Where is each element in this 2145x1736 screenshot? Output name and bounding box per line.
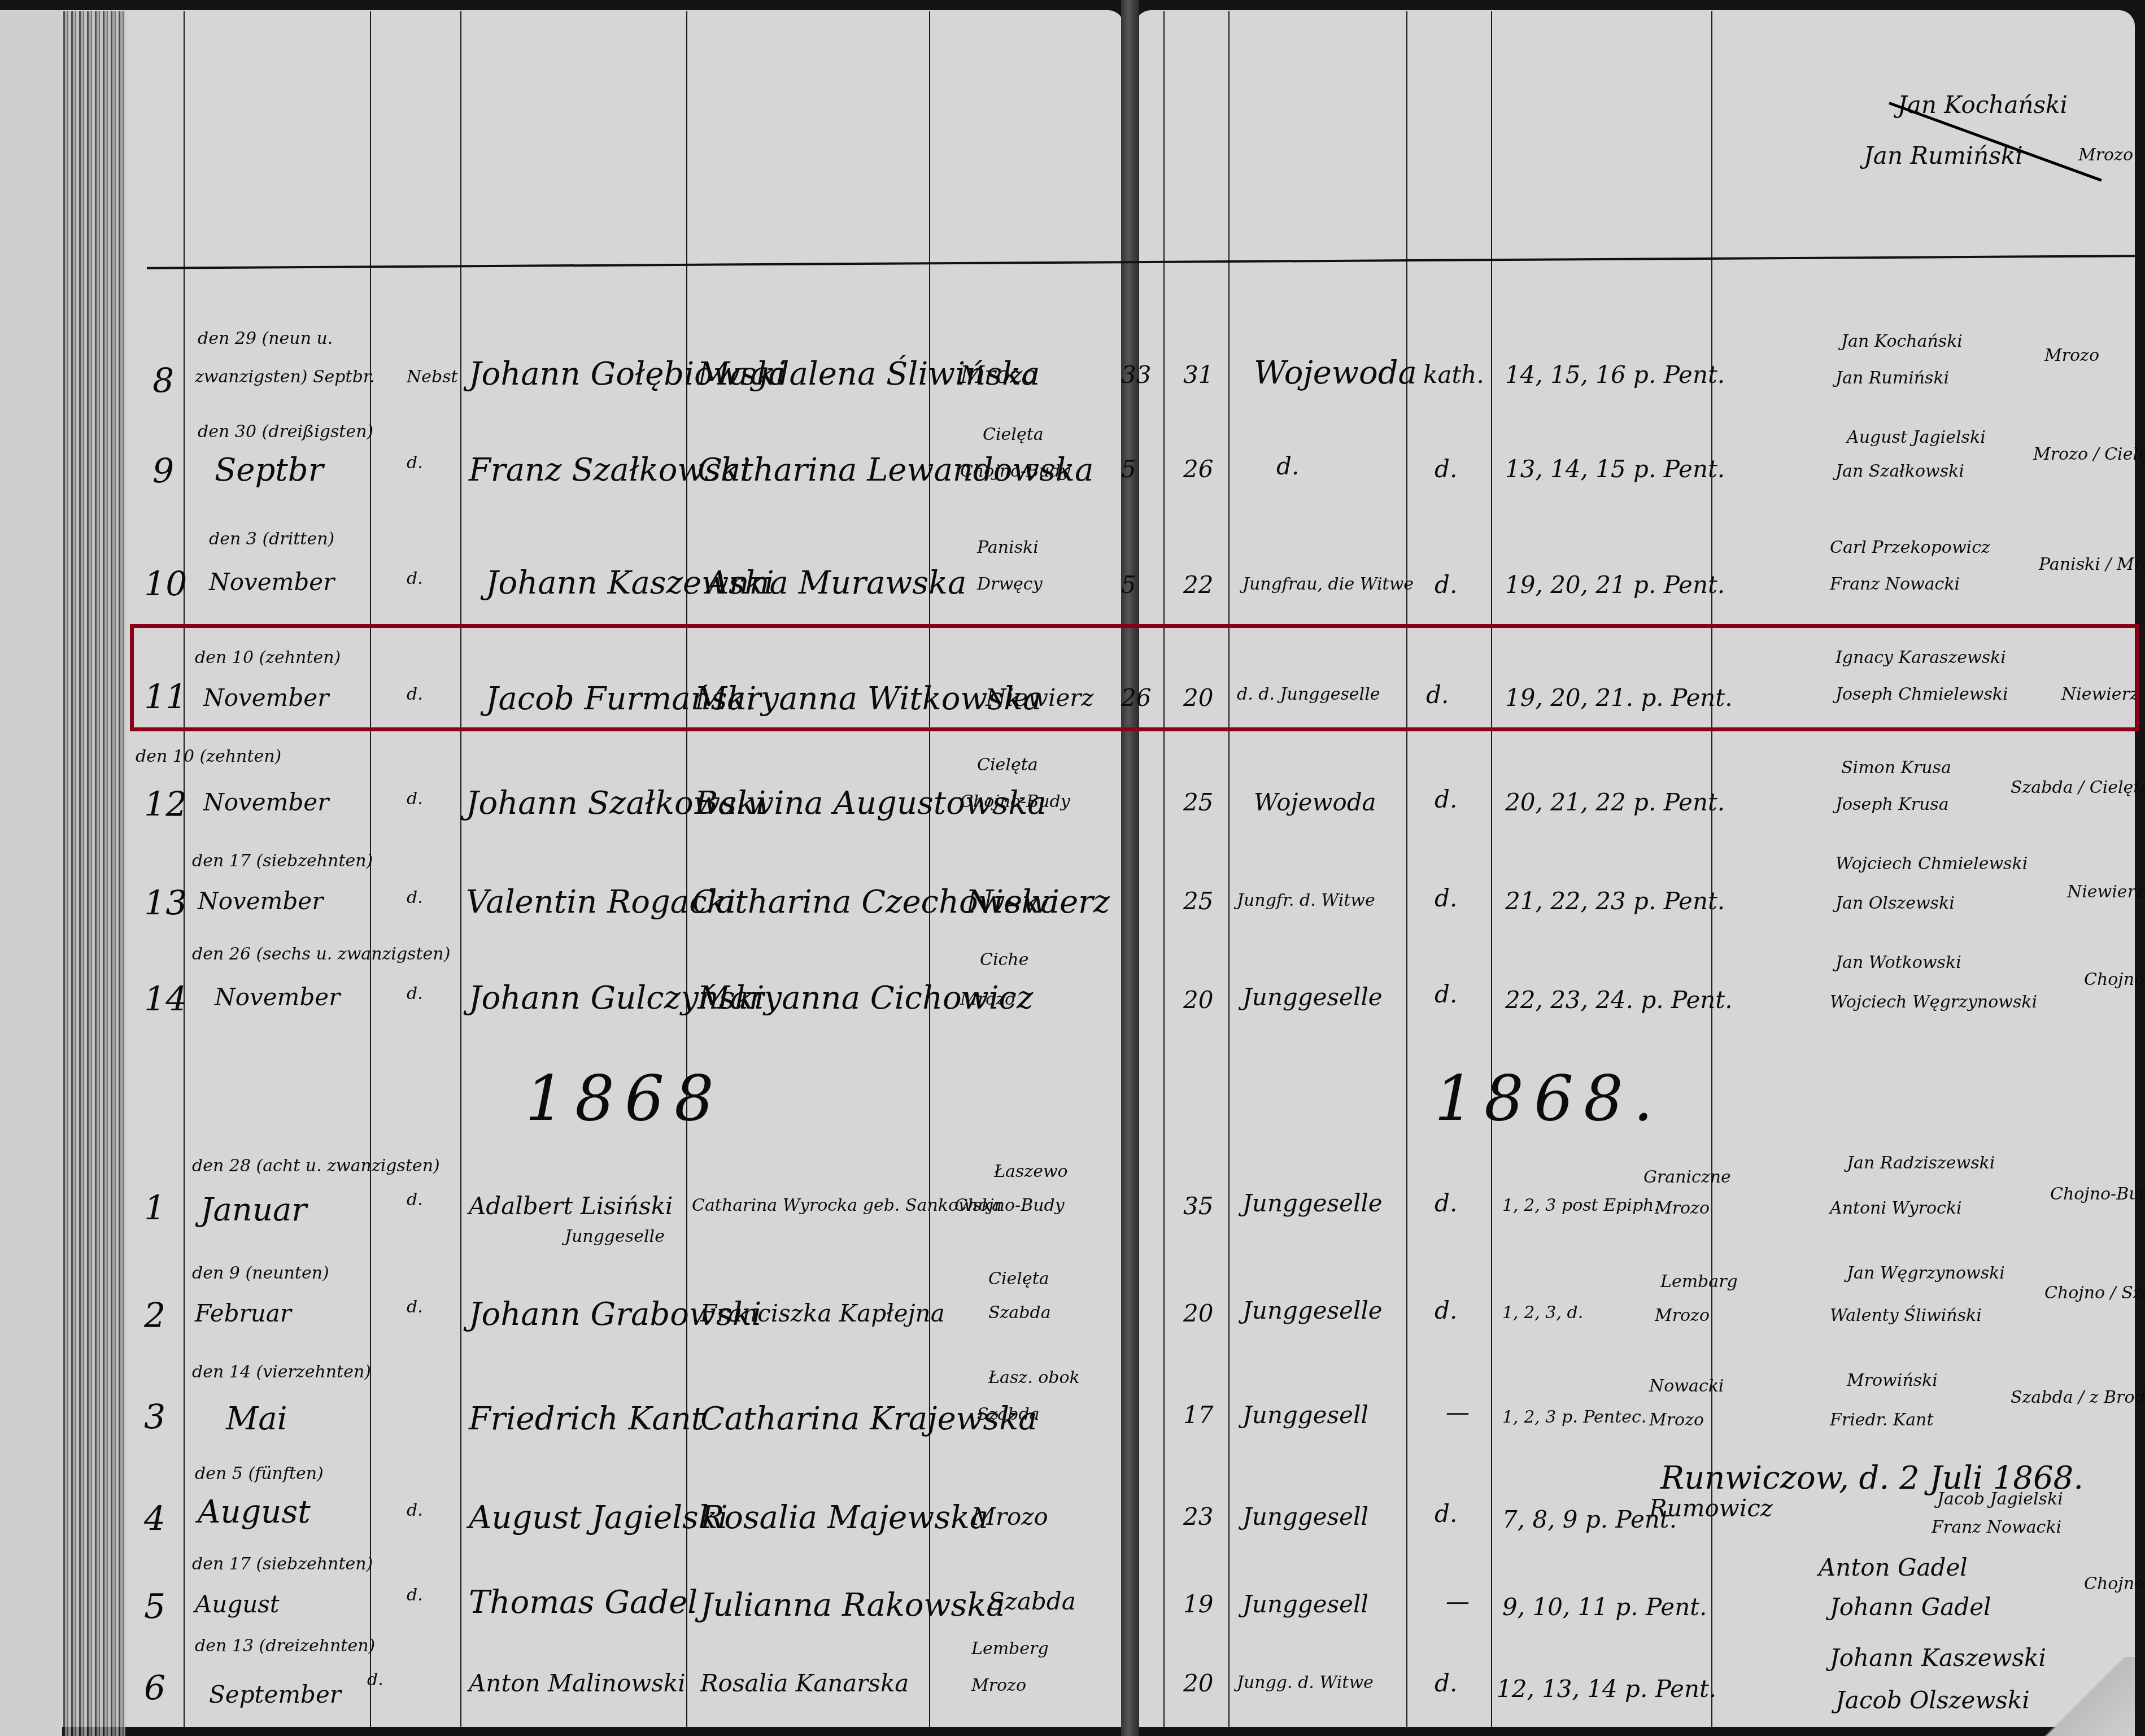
entry-date-line2: November (198, 889, 323, 913)
confession: d. (1435, 573, 1457, 597)
residence: Chojno-Budy (960, 793, 1070, 810)
residence: Chojno-Budy (960, 463, 1070, 480)
banns-place-top: Nowacki (1649, 1378, 1724, 1395)
banns-dates: 22, 23, 24. p. Pent. (1505, 988, 1733, 1012)
confession: d. (1435, 788, 1457, 812)
banns-dates: 1, 2, 3 post Epiph. (1502, 1197, 1659, 1214)
residence-top: Lemberg (971, 1641, 1049, 1658)
entry-date-line1: den 28 (acht u. zwanzigsten) (192, 1158, 440, 1175)
bride-age: 19 (1183, 1593, 1213, 1616)
witness-1: Jan Węgrzynowski (1847, 1265, 2005, 1282)
banns-dates: 1, 2, 3, d. (1502, 1305, 1583, 1321)
year-heading-right: 1868. (1435, 1067, 1663, 1129)
groom-age: 33 (1121, 363, 1151, 387)
entry-date-line1: den 17 (siebzehnten) (192, 853, 373, 870)
witness-place: Mrozo (2044, 347, 2099, 364)
confession: — (1446, 1401, 1470, 1424)
witness-place: Chojno (2084, 1576, 2144, 1593)
witness-2: Friedr. Kant (1830, 1412, 1934, 1429)
groom-name: August Jagielski (469, 1502, 728, 1534)
bride-name: Rosalia Majewska (700, 1502, 988, 1534)
witness-1: Carl Przekopowicz (1830, 539, 1990, 556)
marital-status: Jungfrau, die Witwe (1242, 576, 1414, 593)
groom-age: 5 (1121, 573, 1136, 597)
entry-number: 2 (144, 1299, 165, 1333)
witness-2: Jan Olszewski (1836, 895, 1955, 912)
entry-date-line1: den 13 (dreizehnten) (195, 1638, 375, 1655)
banns-place: Mrozo (1655, 1200, 1710, 1217)
column-rule (1228, 11, 1230, 1728)
groom-name: Friedrich Kant (469, 1403, 704, 1435)
entry-date-line1: den 30 (dreißigsten) (198, 424, 373, 440)
banns-dates: 13, 14, 15 p. Pent. (1505, 457, 1725, 481)
witness-2: Jacob Olszewski (1836, 1689, 2030, 1712)
witness-place: Niewierz (2061, 686, 2139, 703)
banns-dates: 19, 20, 21. p. Pent. (1505, 686, 1733, 710)
confession: d. (1426, 683, 1449, 707)
witness-1: Wojciech Chmielewski (1836, 856, 2028, 873)
banns-place: Mrozo (1649, 1412, 1704, 1429)
banns-dates: 12, 13, 14 p. Pent. (1497, 1677, 1716, 1701)
witness-2: Wojciech Węgrzynowski (1830, 994, 2037, 1011)
entry-date-line2: November (215, 985, 340, 1009)
witness-1: Simon Krusa (1841, 760, 1951, 777)
banns-dates: 14, 15, 16 p. Pent. (1505, 363, 1725, 387)
bride-age: 23 (1183, 1505, 1213, 1529)
entry-date-line2: Januar (200, 1194, 307, 1226)
entry-day-note: d. (407, 791, 423, 808)
entry-day-note: d. (407, 1192, 423, 1209)
folded-corner (2039, 1657, 2135, 1736)
entry-number: 6 (144, 1672, 165, 1706)
banns-dates: 1, 2, 3 p. Pentec. (1502, 1409, 1646, 1426)
book-edge (0, 10, 62, 1736)
residence: Szabda (988, 1590, 1076, 1613)
residence-top: Ciche (980, 952, 1028, 969)
struck-note-location: Mrozo (2078, 147, 2133, 164)
entry-number: 1 (144, 1192, 165, 1225)
entry-date-line2: Mai (226, 1403, 287, 1435)
year-heading-left: 1868 (525, 1067, 724, 1129)
witness-2: Jan Rumiński (1836, 370, 1949, 387)
residence-top: Paniski (977, 539, 1039, 556)
groom-age: 26 (1121, 686, 1151, 710)
bride-age: 20 (1183, 988, 1213, 1012)
scanned-register-spread: Jan Kochański Jan Rumiński Mrozo 8 den 2… (0, 0, 2145, 1736)
marital-status: d. d. Junggeselle (1237, 686, 1380, 703)
residence: Drwęcy (977, 576, 1043, 593)
entry-number: 11 (144, 681, 187, 714)
column-rule (1163, 11, 1165, 1728)
confession: d. (1435, 457, 1457, 481)
witness-1: Jan Radziszewski (1847, 1155, 1995, 1172)
witness-place: Chojno / Budy (2084, 971, 2145, 988)
witness-2: Franz Nowacki (1932, 1519, 2061, 1536)
entry-date-line2: zwanzigsten) Septbr. (195, 369, 374, 386)
entry-date-line1: den 9 (neunten) (192, 1265, 329, 1282)
residence-top: Cielęta (977, 757, 1038, 774)
marital-status: Jungg. d. Witwe (1237, 1674, 1374, 1691)
entry-day-note: d. (407, 686, 423, 703)
entry-date-line1: den 3 (dritten) (209, 531, 334, 548)
residence-top: Łaszewo (994, 1163, 1068, 1180)
witness-place: Rumowicz (1649, 1497, 1773, 1520)
witness-1: Johann Kaszewski (1830, 1646, 2046, 1670)
witness-place: Szabda / Cielęta (2011, 779, 2145, 796)
bride-name: Rosalia Kanarska (700, 1672, 909, 1695)
witness-2: Johann Gadel (1830, 1595, 1991, 1619)
confession: d. (1435, 1672, 1457, 1695)
witness-place: Mrozo / Cielęta (2033, 446, 2145, 463)
bride-name: Franciszka Kapłejna (700, 1302, 945, 1325)
witness-place: Szabda / z Brodnicy (2011, 1389, 2145, 1406)
witness-2: Jan Szałkowski (1836, 463, 1964, 480)
groom-name: Thomas Gadel (469, 1587, 697, 1619)
entry-number: 3 (144, 1401, 165, 1434)
marital-status: Wojewoda (1254, 791, 1376, 814)
banns-dates: 9, 10, 11 p. Pent. (1502, 1595, 1707, 1619)
entry-day-note: d. (407, 570, 423, 587)
bride-age: 20 (1183, 1302, 1213, 1325)
banns-dates: 20, 21, 22 p. Pent. (1505, 791, 1725, 814)
entry-number: 9 (152, 455, 174, 488)
residence-top: Cielęta (983, 426, 1044, 443)
witness-place: Chojno-Budy (2050, 1186, 2145, 1203)
confession: kath. (1423, 363, 1484, 387)
entry-date-line1: den 10 (zehnten) (136, 748, 281, 765)
entry-date-line1: den 10 (zehnten) (195, 649, 341, 666)
residence-top: Cielęta (988, 1271, 1049, 1288)
bride-age: 25 (1183, 791, 1213, 814)
struck-note-line2: Jan Rumiński (1864, 144, 2023, 168)
entry-date-line2: November (203, 791, 329, 814)
residence: Chojno-Budy (954, 1197, 1065, 1214)
marital-status: Junggesell (1242, 1403, 1368, 1427)
confession: — (1446, 1590, 1470, 1613)
residence: Szabda (988, 1305, 1051, 1321)
groom-name: Anton Malinowski (469, 1672, 686, 1695)
residence: Mrozo (971, 1677, 1026, 1694)
entry-number: 10 (144, 568, 187, 601)
entry-date-line2: August (198, 1497, 311, 1528)
groom-age: 5 (1121, 457, 1136, 481)
banns-dates: 21, 22, 23 p. Pent. (1505, 889, 1725, 913)
witness-1: Jan Kochański (1841, 333, 1963, 350)
entry-day-note: d. (367, 1672, 383, 1689)
bride-name: Anna Murawska (706, 568, 966, 599)
confession: d. (1435, 1502, 1457, 1526)
bride-age: 25 (1183, 889, 1213, 913)
entry-date-line1: den 14 (vierzehnten) (192, 1364, 371, 1381)
entry-day-note: d. (407, 1502, 423, 1519)
witness-place: Paniski / Mrozo (2039, 556, 2145, 573)
marital-status: Junggeselle (1242, 1299, 1383, 1323)
residence: Niewierz (966, 887, 1110, 918)
witness-2: Joseph Chmielewski (1836, 686, 2008, 703)
entry-date-line1: den 5 (fünften) (195, 1465, 324, 1482)
witness-place: Chojno / Szabda (2044, 1285, 2145, 1302)
entry-day-note: d. (407, 455, 423, 472)
entry-date-line2: November (203, 686, 329, 710)
witness-1: August Jagielski (1847, 429, 1986, 446)
column-rule (686, 11, 687, 1728)
witness-1: Anton Gadel (1819, 1556, 1968, 1580)
banns-place-top: Lembarg (1660, 1273, 1738, 1290)
confession: d. (1435, 1299, 1457, 1323)
banns-place-top: Graniczne (1643, 1169, 1731, 1186)
witness-2: Walenty Śliwiński (1830, 1307, 1982, 1324)
confession: d. (1435, 983, 1457, 1006)
witness-place: Niewierz (2067, 884, 2144, 901)
bride-age: 20 (1183, 1672, 1213, 1695)
confession: d. (1435, 1192, 1457, 1215)
bride-age: 31 (1183, 363, 1213, 387)
entry-number: 13 (144, 887, 187, 921)
column-rule (1491, 11, 1492, 1728)
witness-1: Ignacy Karaszewski (1836, 649, 2006, 666)
entry-number: 4 (144, 1502, 165, 1536)
entry-day-note: d. (407, 889, 423, 906)
entry-date-line1: den 29 (neun u. (198, 330, 333, 347)
entry-number: 8 (152, 364, 174, 398)
confession: d. (1435, 887, 1457, 910)
residence: Mrozo (971, 1505, 1048, 1529)
residence: Niewierz (986, 686, 1093, 710)
entry-date-line2: November (209, 570, 334, 594)
entry-number: 14 (144, 983, 187, 1017)
bride-age: 26 (1183, 457, 1213, 481)
banns-place: Mrozo (1655, 1307, 1710, 1324)
marital-status: Wojewoda (1254, 357, 1417, 389)
witness-1: Jacob Jagielski (1937, 1491, 2063, 1508)
marital-status: d. (1276, 455, 1299, 478)
marital-status: Junggesell (1242, 1505, 1368, 1529)
banns-dates: 19, 20, 21 p. Pent. (1505, 573, 1725, 597)
witness-2: Antoni Wyrocki (1830, 1200, 1962, 1217)
residence: Mrozo (960, 363, 1037, 387)
marital-status: Junggeselle (1242, 1192, 1383, 1215)
entry-date-line1: den 17 (siebzehnten) (192, 1556, 373, 1573)
entry-number: 5 (144, 1590, 165, 1624)
entry-day-note: d. (407, 1299, 423, 1316)
groom-note: Junggeselle (565, 1228, 665, 1245)
witness-1: Jan Wotkowski (1836, 954, 1961, 971)
entry-date-line2: Septbr (215, 455, 323, 486)
groom-name: Adalbert Lisiński (469, 1194, 673, 1218)
column-rule (929, 11, 930, 1728)
witness-1: Mrowiński (1847, 1372, 1938, 1389)
witness-2: Joseph Krusa (1836, 796, 1949, 813)
column-rule (1406, 11, 1407, 1728)
stacked-page-edges (63, 11, 125, 1736)
residence: Szabda (977, 1406, 1040, 1423)
bride-age: 17 (1183, 1403, 1213, 1427)
bride-name: Julianna Rakowska (700, 1590, 1005, 1621)
column-rule (460, 11, 461, 1728)
bride-age: 22 (1183, 573, 1213, 597)
marital-status: Jungfr. d. Witwe (1237, 892, 1375, 909)
struck-note-line1: Jan Kochański (1898, 93, 2068, 117)
entry-day-note: Nebst (407, 369, 458, 386)
residence-top: Łasz. obok (988, 1369, 1080, 1386)
entry-day-note: d. (407, 1587, 423, 1604)
entry-number: 12 (144, 788, 187, 822)
bride-age: 20 (1183, 686, 1213, 710)
bride-age: 35 (1183, 1194, 1213, 1218)
entry-day-note: d. (407, 985, 423, 1002)
entry-date-line2: Februar (195, 1302, 291, 1325)
witness-2: Franz Nowacki (1830, 576, 1960, 593)
marital-status: Junggesell (1242, 1593, 1368, 1616)
entry-date-line2: September (209, 1683, 341, 1707)
residence: Mrozo (960, 991, 1015, 1008)
entry-date-line1: den 26 (sechs u. zwanzigsten) (192, 946, 450, 963)
entry-date-line2: August (195, 1593, 280, 1616)
marital-status: Junggeselle (1242, 985, 1383, 1009)
